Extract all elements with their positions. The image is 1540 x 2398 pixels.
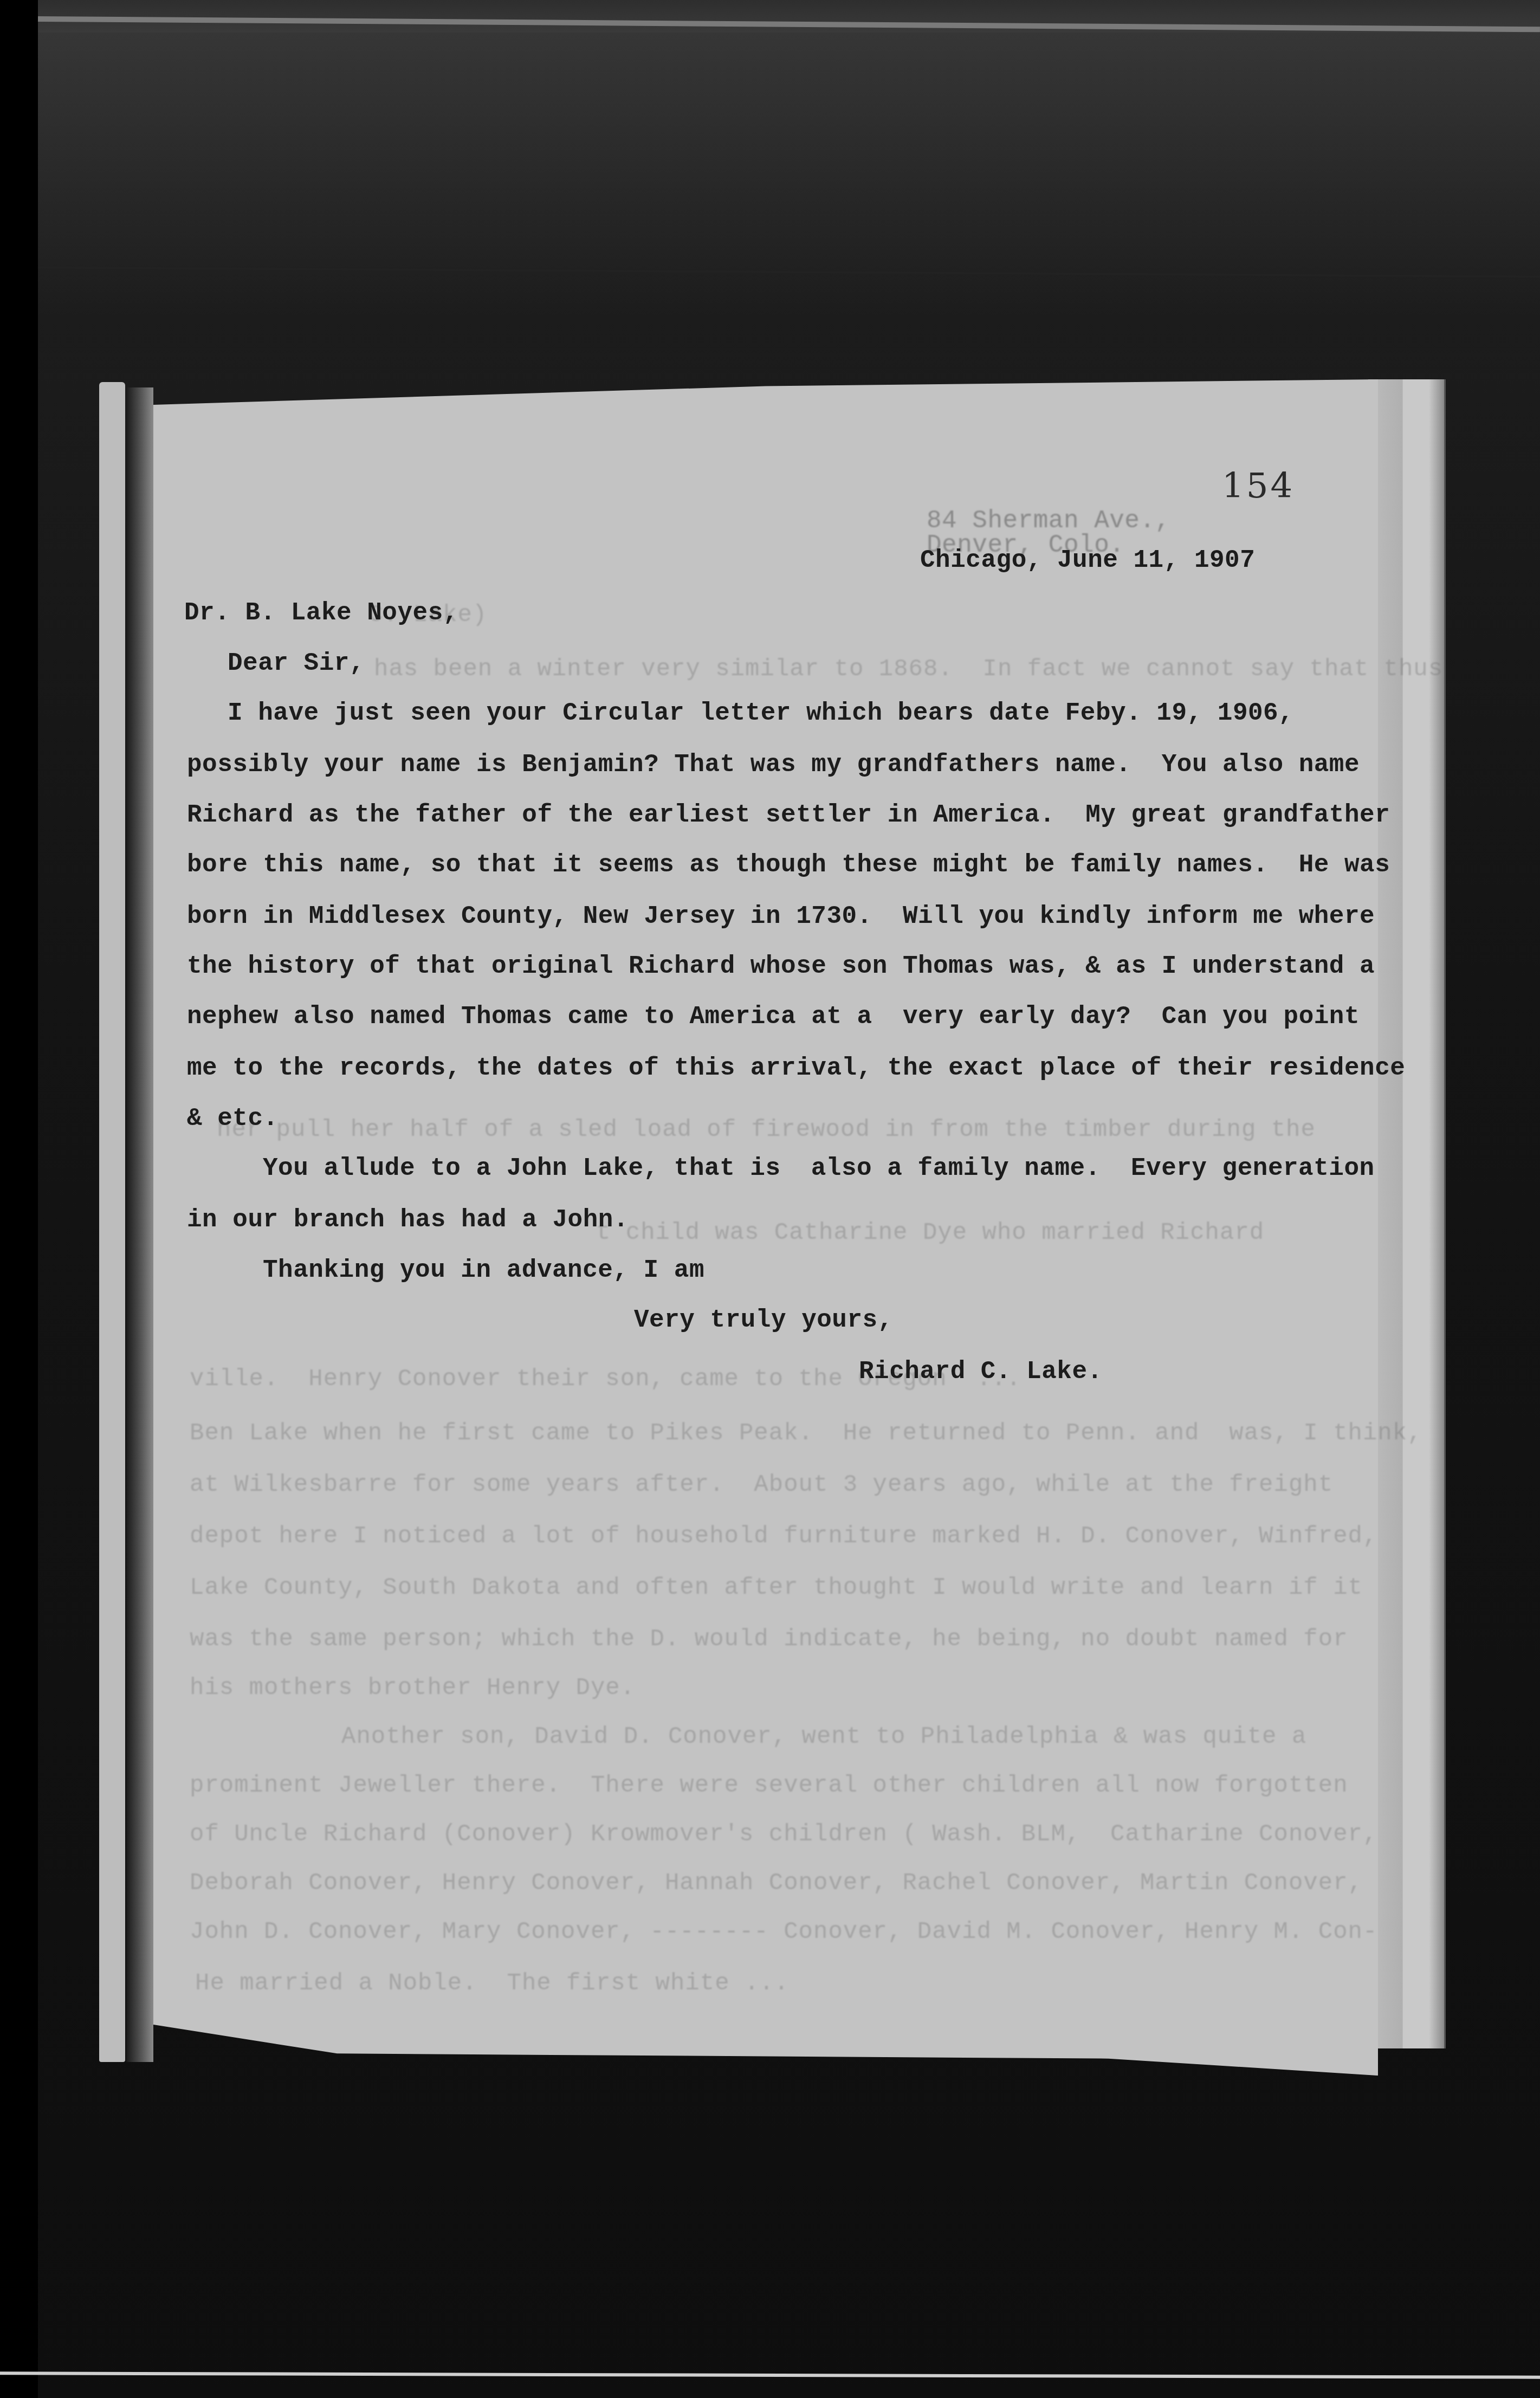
place-date: Chicago, June 11, 1907: [920, 546, 1255, 574]
bleed-line: his mothers brother Henry Dye.: [190, 1675, 635, 1702]
bleed-line: Another son, David D. Conover, went to P…: [341, 1723, 1306, 1750]
body-line: in our branch has had a John.: [187, 1206, 629, 1234]
body-line: me to the records, the dates of this arr…: [187, 1054, 1405, 1082]
bleed-line: Deborah Conover, Henry Conover, Hannah C…: [190, 1870, 1363, 1897]
bleed-line: at Wilkesbarre for some years after. Abo…: [190, 1471, 1333, 1498]
page-number: 154: [1222, 466, 1295, 506]
body-line: & etc.: [187, 1104, 279, 1133]
bleed-line: was the same person; which the D. would …: [190, 1626, 1348, 1653]
bleed-line: Lake County, South Dakota and often afte…: [190, 1574, 1363, 1601]
bleed-line: He married a Noble. The first white ...: [195, 1970, 789, 1997]
body-line: You allude to a John Lake, that is also …: [263, 1154, 1375, 1182]
page-edges-stack: [1368, 379, 1446, 2048]
closing-line: Thanking you in advance, I am: [263, 1256, 704, 1284]
bleed-line: has been a winter very similar to 1868. …: [374, 656, 1443, 683]
body-line: possibly your name is Benjamin? That was…: [187, 751, 1360, 779]
body-line: Richard as the father of the earliest se…: [187, 801, 1390, 829]
bleed-line: John D. Conover, Mary Conover, -------- …: [190, 1918, 1377, 1945]
body-line: the history of that original Richard who…: [187, 952, 1375, 980]
valediction: Very truly yours,: [634, 1306, 893, 1334]
bleed-line: depot here I noticed a lot of household …: [190, 1523, 1377, 1550]
previous-page-leaf: [99, 382, 125, 2062]
body-line: born in Middlesex County, New Jersey in …: [187, 902, 1375, 930]
bleed-line: prominent Jeweller there. There were sev…: [190, 1772, 1348, 1799]
bleed-line: of Uncle Richard (Conover) Krowmover's c…: [190, 1821, 1377, 1848]
book-gutter: [126, 387, 153, 2062]
bleed-line: her pull her half of a sled load of fire…: [217, 1116, 1316, 1143]
film-border-left: [0, 0, 38, 2398]
salutation: Dear Sir,: [228, 649, 365, 677]
recipient: Dr. B. Lake Noyes,: [184, 599, 458, 627]
bleed-line: t child was Catharine Dye who married Ri…: [596, 1219, 1264, 1246]
body-line: bore this name, so that it seems as thou…: [187, 851, 1390, 879]
body-line: nephew also named Thomas came to America…: [187, 1003, 1360, 1031]
body-line: I have just seen your Circular letter wh…: [228, 699, 1293, 727]
signature: Richard C. Lake.: [859, 1358, 1103, 1386]
bleed-line: Ben Lake when he first came to Pikes Pea…: [190, 1420, 1422, 1447]
